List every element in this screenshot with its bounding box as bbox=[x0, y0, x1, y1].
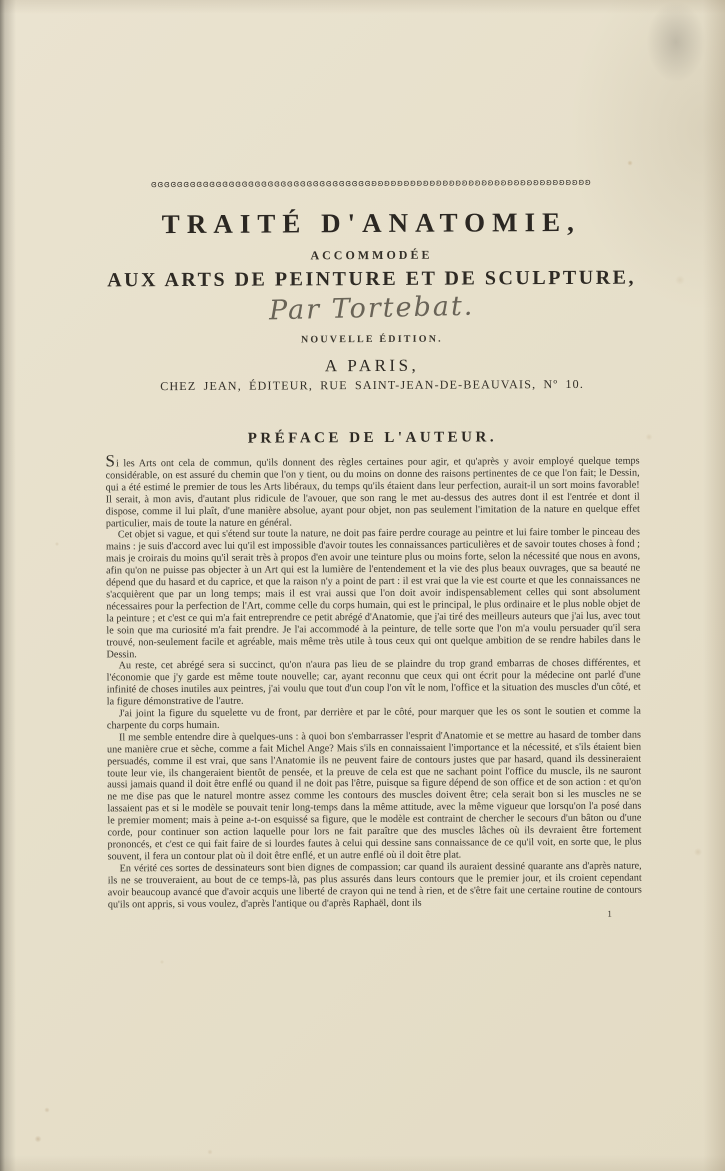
preface-paragraph: Si les Arts ont cela de commun, qu'ils d… bbox=[106, 454, 640, 530]
preface-paragraph: Au reste, cet abrégé sera si succinct, q… bbox=[107, 658, 641, 708]
ornament-left-icon: ɞɞɞɞɞɞɞɞɞɞɞɞɞɞɞɞɞɞɞɞɞɞɞɞɞɞɞɞɞɞɞɞɞɞ bbox=[151, 179, 371, 190]
ornament-rule: ɞɞɞɞɞɞɞɞɞɞɞɞɞɞɞɞɞɞɞɞɞɞɞɞɞɞɞɞɞɞɞɞɞɞʚʚʚʚʚʚ… bbox=[104, 177, 638, 194]
preface-paragraph: Cet objet si vague, et qui s'étend sur t… bbox=[106, 527, 641, 661]
page-content: ɞɞɞɞɞɞɞɞɞɞɞɞɞɞɞɞɞɞɞɞɞɞɞɞɞɞɞɞɞɞɞɞɞɞʚʚʚʚʚʚ… bbox=[104, 177, 642, 923]
paragraph-text: i les Arts ont cela de commun, qu'ils do… bbox=[106, 456, 640, 529]
edition-note: NOUVELLE ÉDITION. bbox=[105, 333, 639, 347]
preface-paragraph: En vérité ces sortes de dessinateurs son… bbox=[108, 860, 642, 910]
preface-heading: PRÉFACE DE L'AUTEUR. bbox=[105, 429, 639, 448]
title-accommodee: ACCOMMODÉE bbox=[104, 248, 638, 264]
preface-paragraph: J'ai joint la figure du squelette vu de … bbox=[107, 706, 641, 733]
imprint-publisher: CHEZ JEAN, ÉDITEUR, RUE SAINT-JEAN-DE-BE… bbox=[105, 377, 639, 394]
ornament-right-icon: ʚʚʚʚʚʚʚʚʚʚʚʚʚʚʚʚʚʚʚʚʚʚʚʚʚʚʚʚʚʚʚʚʚʚ bbox=[371, 178, 591, 189]
preface-paragraph: Il me semble entendre dire à quelques-un… bbox=[107, 729, 642, 863]
book-title: TRAITÉ D'ANATOMIE, bbox=[104, 207, 638, 240]
preface-body: Si les Arts ont cela de commun, qu'ils d… bbox=[106, 454, 642, 911]
book-page-scan: ɞɞɞɞɞɞɞɞɞɞɞɞɞɞɞɞɞɞɞɞɞɞɞɞɞɞɞɞɞɞɞɞɞɞʚʚʚʚʚʚ… bbox=[0, 0, 725, 1171]
imprint-city: A PARIS, bbox=[105, 356, 639, 377]
drop-cap-initial: S bbox=[105, 451, 116, 470]
author-byline: Par Tortebat. bbox=[104, 286, 639, 332]
